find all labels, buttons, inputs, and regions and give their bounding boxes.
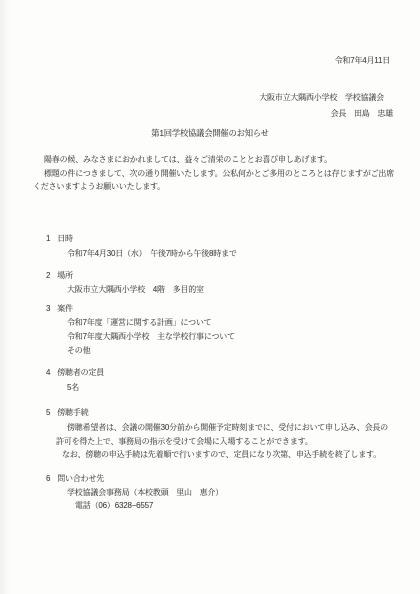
greeting-paragraphs: 陽春の候、みなさまにおかれましては、益々ご清栄のこととお喜び申しあげます。 標題…	[33, 153, 396, 194]
section-2-heading: 2場所	[46, 270, 73, 281]
section-5-paragraph-1: 傍聴希望者は、会議の開催30分前から開催予定時刻までに、受付において申し込み、会…	[56, 421, 388, 448]
organization-line: 大阪市立大隅西小学校 学校協議会	[259, 92, 384, 103]
section-4-heading-label: 傍聴者の定員	[57, 368, 104, 377]
section-6-number: 6	[46, 473, 50, 484]
section-2-line: 大阪市立大隅西小学校 4階 多目的室	[67, 284, 204, 295]
document-page: 令和7年4月11日 大阪市立大隅西小学校 学校協議会 会長 田島 忠雄 第1回学…	[0, 0, 420, 594]
section-1-number: 1	[46, 233, 50, 244]
section-5-number: 5	[46, 407, 50, 418]
section-2-number: 2	[46, 270, 50, 281]
section-6-heading: 6問い合わせ先	[46, 473, 104, 484]
section-5-paragraphs: 傍聴希望者は、会議の開催30分前から開催予定時刻までに、受付において申し込み、会…	[56, 421, 388, 462]
section-4-heading: 4傍聴者の定員	[46, 367, 104, 378]
section-6-line-1: 学校協議会事務局（本校教頭 里山 恵介）	[67, 487, 223, 498]
section-2-heading-label: 場所	[57, 271, 73, 280]
section-3-line-1: 令和7年度「運営に関する計画」について	[67, 317, 212, 328]
section-5-heading: 5傍聴手続	[46, 407, 88, 418]
section-1-heading: 1日時	[46, 233, 73, 244]
greeting-paragraph-1: 陽春の候、みなさまにおかれましては、益々ご清栄のこととお喜び申しあげます。	[33, 153, 396, 167]
section-5-heading-label: 傍聴手続	[57, 408, 88, 417]
chairperson-line: 会長 田島 忠雄	[331, 108, 393, 119]
section-6-line-2: 電話（06）6328−6557	[75, 500, 153, 511]
section-6-heading-label: 問い合わせ先	[57, 474, 104, 483]
date-line: 令和7年4月11日	[335, 55, 390, 66]
section-3-heading: 3案件	[46, 303, 73, 314]
section-3-line-3: その他	[67, 345, 90, 356]
section-1-line: 令和7年4月30日（水） 午後7時から午後8時まで	[67, 248, 237, 259]
greeting-paragraph-2: 標題の件につきまして、次の通り開催いたします。公私何かとご多用のところとは存じま…	[33, 167, 396, 194]
section-4-number: 4	[46, 367, 50, 378]
section-3-line-2: 令和7年度大隅西小学校 主な学校行事について	[67, 331, 235, 342]
section-4-line: 5名	[67, 382, 79, 393]
section-1-heading-label: 日時	[57, 234, 73, 243]
section-3-number: 3	[46, 303, 50, 314]
section-3-heading-label: 案件	[57, 304, 73, 313]
document-title: 第1回学校協議会開催のお知らせ	[0, 128, 420, 139]
section-5-paragraph-2: なお、傍聴の申込手続は先着順で行いますので、定員になり次第、申込手続を終了します…	[56, 448, 388, 462]
